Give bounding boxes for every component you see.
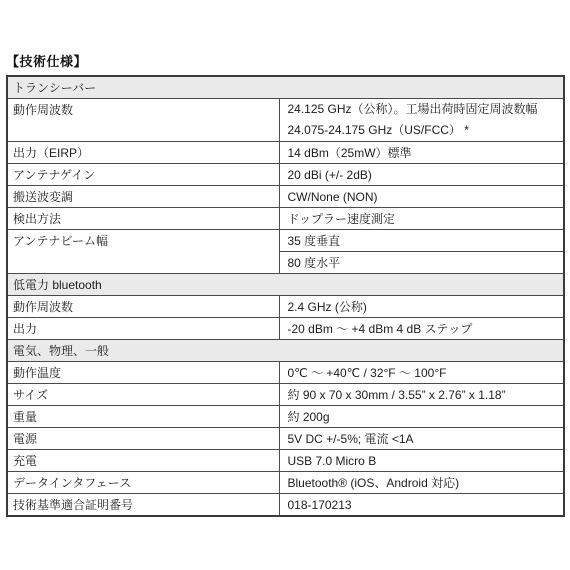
table-row: 出力（EIRP） 14 dBm（25mW）標準: [7, 142, 564, 164]
table-row: 技術基準適合証明番号 018-170213: [7, 494, 564, 517]
spec-value: 80 度水平: [279, 252, 564, 274]
spec-value-line: 24.075-24.175 GHz（US/FCC） *: [288, 120, 560, 141]
table-row: 検出方法 ドップラー速度測定: [7, 208, 564, 230]
page-title: 【技術仕様】: [6, 51, 87, 70]
table-row: 動作周波数 24.125 GHz（公称）。工場出荷時固定周波数幅 24.075-…: [7, 99, 564, 142]
table-row: 電源 5V DC +/-5%; 電流 <1A: [7, 428, 564, 450]
spec-value: 約 90 x 70 x 30mm / 3.55” x 2.76” x 1.18”: [279, 384, 564, 406]
spec-sheet-page: 【技術仕様】 トランシーバー 動作周波数 24.125 GHz（公称）。工場出荷…: [0, 0, 570, 570]
spec-value: 35 度垂直: [279, 230, 564, 252]
spec-label: 電源: [7, 428, 279, 450]
spec-value: -20 dBm ～ +4 dBm 4 dB ステップ: [279, 318, 564, 340]
spec-value: 14 dBm（25mW）標準: [279, 142, 564, 164]
spec-value: Bluetooth® (iOS、Android 対応): [279, 472, 564, 494]
table-row: 重量 約 200g: [7, 406, 564, 428]
spec-label: 動作周波数: [7, 99, 279, 142]
section-header-label: 低電力 bluetooth: [7, 274, 564, 296]
spec-label: データインタフェース: [7, 472, 279, 494]
table-row: アンテナゲイン 20 dBi (+/- 2dB): [7, 164, 564, 186]
table-row: 搬送波変調 CW/None (NON): [7, 186, 564, 208]
spec-label: 出力（EIRP）: [7, 142, 279, 164]
spec-value: 2.4 GHz (公称): [279, 296, 564, 318]
section-header-label: 電気、物理、一般: [7, 340, 564, 362]
spec-label: 搬送波変調: [7, 186, 279, 208]
spec-value: 20 dBi (+/- 2dB): [279, 164, 564, 186]
table-row: サイズ 約 90 x 70 x 30mm / 3.55” x 2.76” x 1…: [7, 384, 564, 406]
table-row: データインタフェース Bluetooth® (iOS、Android 対応): [7, 472, 564, 494]
spec-label: アンテナビーム幅: [7, 230, 279, 274]
spec-label: 重量: [7, 406, 279, 428]
spec-label: 動作周波数: [7, 296, 279, 318]
table-row: 充電 USB 7.0 Micro B: [7, 450, 564, 472]
spec-label: 検出方法: [7, 208, 279, 230]
section-header-row-bluetooth: 低電力 bluetooth: [7, 274, 564, 296]
spec-label: 動作温度: [7, 362, 279, 384]
spec-value-line: 24.125 GHz（公称）。工場出荷時固定周波数幅: [288, 99, 560, 120]
spec-value: 018-170213: [279, 494, 564, 517]
table-row: アンテナビーム幅 35 度垂直: [7, 230, 564, 252]
spec-value: 24.125 GHz（公称）。工場出荷時固定周波数幅 24.075-24.175…: [279, 99, 564, 142]
table-row: 出力 -20 dBm ～ +4 dBm 4 dB ステップ: [7, 318, 564, 340]
table-row: 動作周波数 2.4 GHz (公称): [7, 296, 564, 318]
spec-value: CW/None (NON): [279, 186, 564, 208]
spec-value: USB 7.0 Micro B: [279, 450, 564, 472]
spec-value: ドップラー速度測定: [279, 208, 564, 230]
spec-label: 出力: [7, 318, 279, 340]
spec-label: アンテナゲイン: [7, 164, 279, 186]
spec-table: トランシーバー 動作周波数 24.125 GHz（公称）。工場出荷時固定周波数幅…: [6, 75, 565, 517]
section-header-row-general: 電気、物理、一般: [7, 340, 564, 362]
spec-value: 0℃ ～ +40℃ / 32°F ～ 100°F: [279, 362, 564, 384]
table-row: 動作温度 0℃ ～ +40℃ / 32°F ～ 100°F: [7, 362, 564, 384]
section-header-row-transceiver: トランシーバー: [7, 76, 564, 99]
spec-value: 約 200g: [279, 406, 564, 428]
section-header-label: トランシーバー: [7, 76, 564, 99]
spec-label: サイズ: [7, 384, 279, 406]
spec-label: 技術基準適合証明番号: [7, 494, 279, 517]
spec-value: 5V DC +/-5%; 電流 <1A: [279, 428, 564, 450]
spec-label: 充電: [7, 450, 279, 472]
